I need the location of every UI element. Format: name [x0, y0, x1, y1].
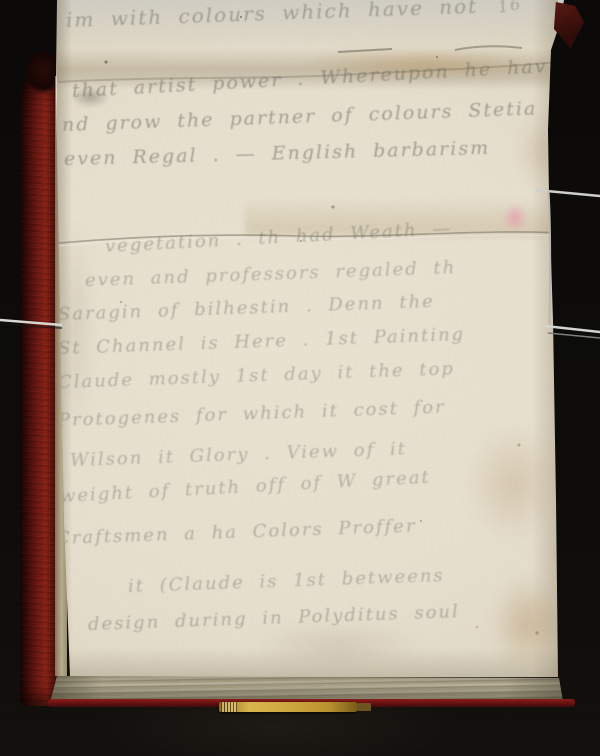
brass-clasp [219, 702, 357, 712]
brass-clasp-end [357, 703, 371, 711]
photograph: im with colours which have not that arti… [0, 0, 600, 756]
notebook-page: im with colours which have not that arti… [0, 0, 600, 756]
clasp-ridges [221, 702, 237, 712]
paper-speckles [0, 0, 600, 756]
